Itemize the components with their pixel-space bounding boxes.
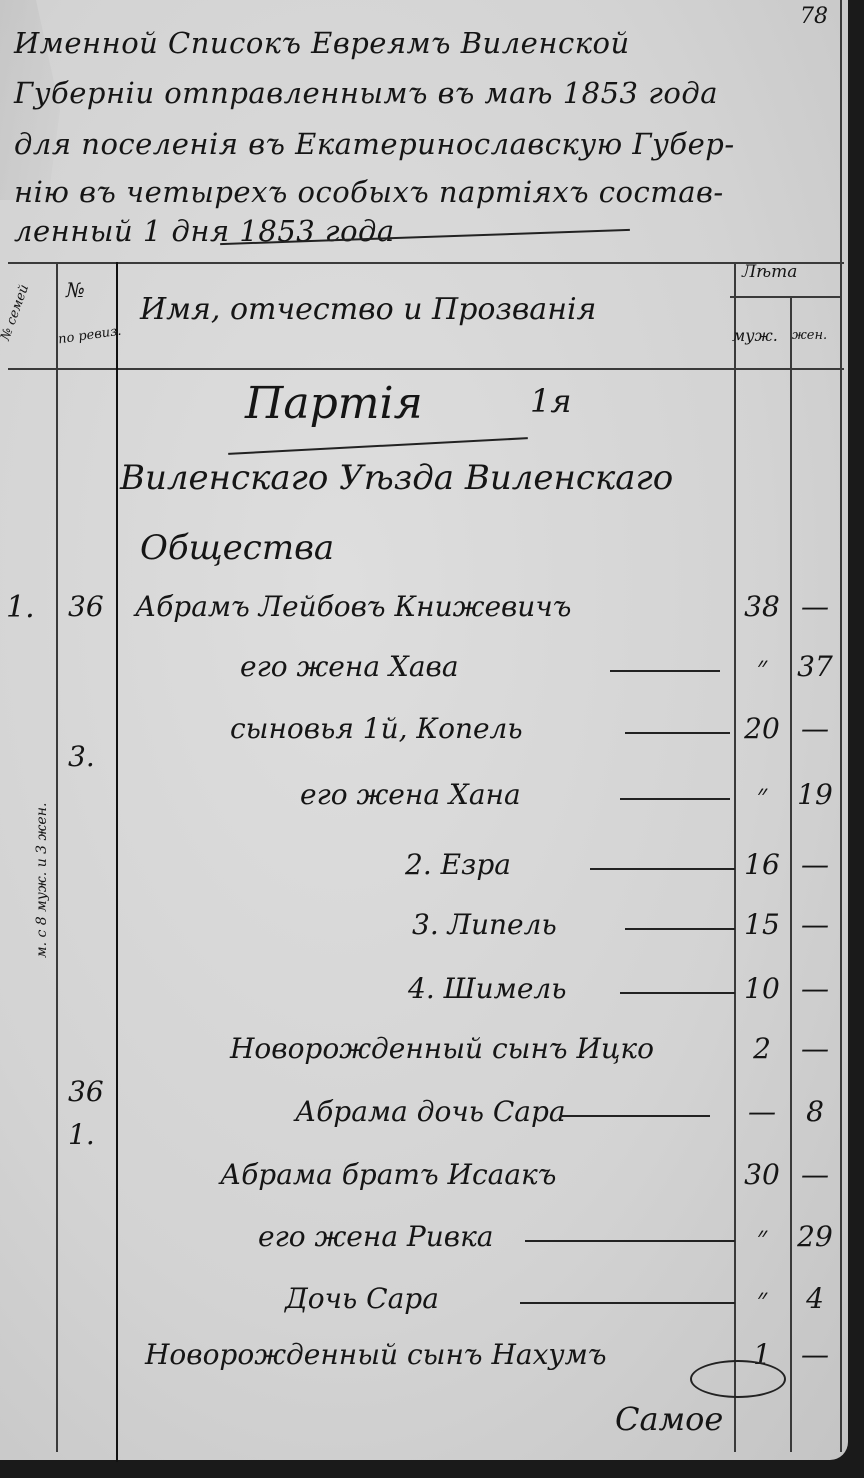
filler-dash [620, 992, 735, 994]
person-name: Абрамъ Лейбовъ Книжевичъ [135, 590, 571, 623]
female-age: 29 [790, 1220, 840, 1253]
female-age: — [790, 972, 840, 1005]
male-age: 2 [740, 1032, 784, 1065]
male-age: 38 [740, 590, 784, 623]
district-label: Виленскаго Уѣзда Виленскаго [120, 458, 673, 498]
filler-dash [625, 732, 730, 734]
revision-no: 1. [68, 1118, 95, 1151]
person-name: Абрама братъ Исаакъ [220, 1158, 556, 1191]
table-row: его жена Хана ״ 19 [0, 778, 848, 818]
table-row: его жена Ривка ״ 29 [0, 1220, 848, 1260]
female-age: — [790, 908, 840, 941]
header-revision-sub: по ревиз. [57, 324, 122, 348]
title-line-2: Губерніи отправленнымъ въ маѣ 1853 года [14, 76, 718, 110]
person-name: 2. Езра [405, 848, 511, 881]
male-age: ״ [740, 650, 784, 684]
filler-dash [525, 1240, 735, 1242]
title-line-5: ленный 1 дня 1853 года [14, 214, 395, 248]
male-age: 15 [740, 908, 784, 941]
title-line-4: нію въ четырехъ особыхъ партіяхъ состав- [14, 175, 724, 209]
header-age: Лѣта [742, 262, 797, 282]
filler-dash [625, 928, 735, 930]
header-name: Имя, отчество и Прозванія [140, 292, 596, 327]
table-row: Дочь Сара ״ 4 [0, 1282, 848, 1322]
male-age: 10 [740, 972, 784, 1005]
female-age: — [790, 848, 840, 881]
margin-note: м. с 8 муж. и 3 жен. [34, 698, 50, 958]
table-row: 1. 36 Абрамъ Лейбовъ Книжевичъ 38 — [0, 590, 848, 630]
party-title: Партія [245, 378, 423, 429]
title-line-1: Именной Списокъ Евреямъ Виленской [14, 26, 630, 60]
female-age: — [790, 590, 840, 623]
male-age: 30 [740, 1158, 784, 1191]
female-age: 19 [790, 778, 840, 811]
male-age: 20 [740, 712, 784, 745]
header-female: жен. [792, 328, 827, 343]
filler-dash [560, 1115, 710, 1117]
table-row: 2. Езра 16 — [0, 848, 848, 888]
table-row: 4. Шимель 10 — [0, 972, 848, 1012]
header-revision-no: № [66, 278, 85, 302]
table-row: 3. сыновья 1й, Копель 20 — [0, 712, 848, 752]
revision-no: 36 [68, 1075, 104, 1108]
party-underline [228, 437, 528, 455]
person-name: 3. Липель [412, 908, 557, 941]
table-row: Новорожденный сынъ Ицко 2 — [0, 1032, 848, 1072]
person-name: сыновья 1й, Копель [230, 712, 523, 745]
female-age: 4 [790, 1282, 840, 1315]
header-male: муж. [732, 326, 778, 345]
male-age: ״ [740, 1282, 784, 1316]
table-top-rule [8, 262, 844, 264]
person-name: 4. Шимель [408, 972, 566, 1005]
female-age: — [790, 1158, 840, 1191]
person-name: Новорожденный сынъ Нахумъ [145, 1338, 607, 1371]
person-name: его жена Хава [240, 650, 459, 683]
catchword-flourish [690, 1360, 786, 1398]
female-age: 37 [790, 650, 840, 683]
catchword: Самое [615, 1400, 723, 1438]
revision-no: 36 [68, 590, 104, 623]
table-row: 36 Абрама дочь Сара — 8 [0, 1095, 848, 1135]
header-family-no: № семей [0, 283, 32, 343]
person-name: Новорожденный сынъ Ицко [230, 1032, 654, 1065]
table-row: 1. Абрама братъ Исаакъ 30 — [0, 1158, 848, 1198]
female-age: — [790, 1032, 840, 1065]
table-row: 3. Липель 15 — [0, 908, 848, 948]
party-number: 1я [530, 382, 572, 420]
person-name: его жена Хана [300, 778, 521, 811]
person-name: Дочь Сара [285, 1282, 439, 1315]
document-page: 78 Именной Списокъ Евреямъ Виленской Губ… [0, 0, 848, 1460]
male-age: 16 [740, 848, 784, 881]
male-age: ״ [740, 1220, 784, 1254]
revision-no: 3. [68, 740, 95, 773]
male-age: ״ [740, 778, 784, 812]
filler-dash [590, 868, 735, 870]
page-number: 78 [800, 4, 828, 29]
female-age: — [790, 712, 840, 745]
table-row: его жена Хава ״ 37 [0, 650, 848, 690]
header-bottom-rule [8, 368, 844, 370]
society-label: Общества [140, 528, 334, 568]
filler-dash [620, 798, 730, 800]
person-name: его жена Ривка [258, 1220, 494, 1253]
age-subheader-rule [730, 296, 842, 298]
title-line-3: для поселенія въ Екатеринославскую Губер… [14, 127, 735, 161]
filler-dash [520, 1302, 735, 1304]
family-no: 1. [6, 590, 35, 625]
male-age: — [740, 1095, 784, 1128]
person-name: Абрама дочь Сара [295, 1095, 566, 1128]
female-age: 8 [790, 1095, 840, 1128]
female-age: — [790, 1338, 840, 1371]
filler-dash [610, 670, 720, 672]
